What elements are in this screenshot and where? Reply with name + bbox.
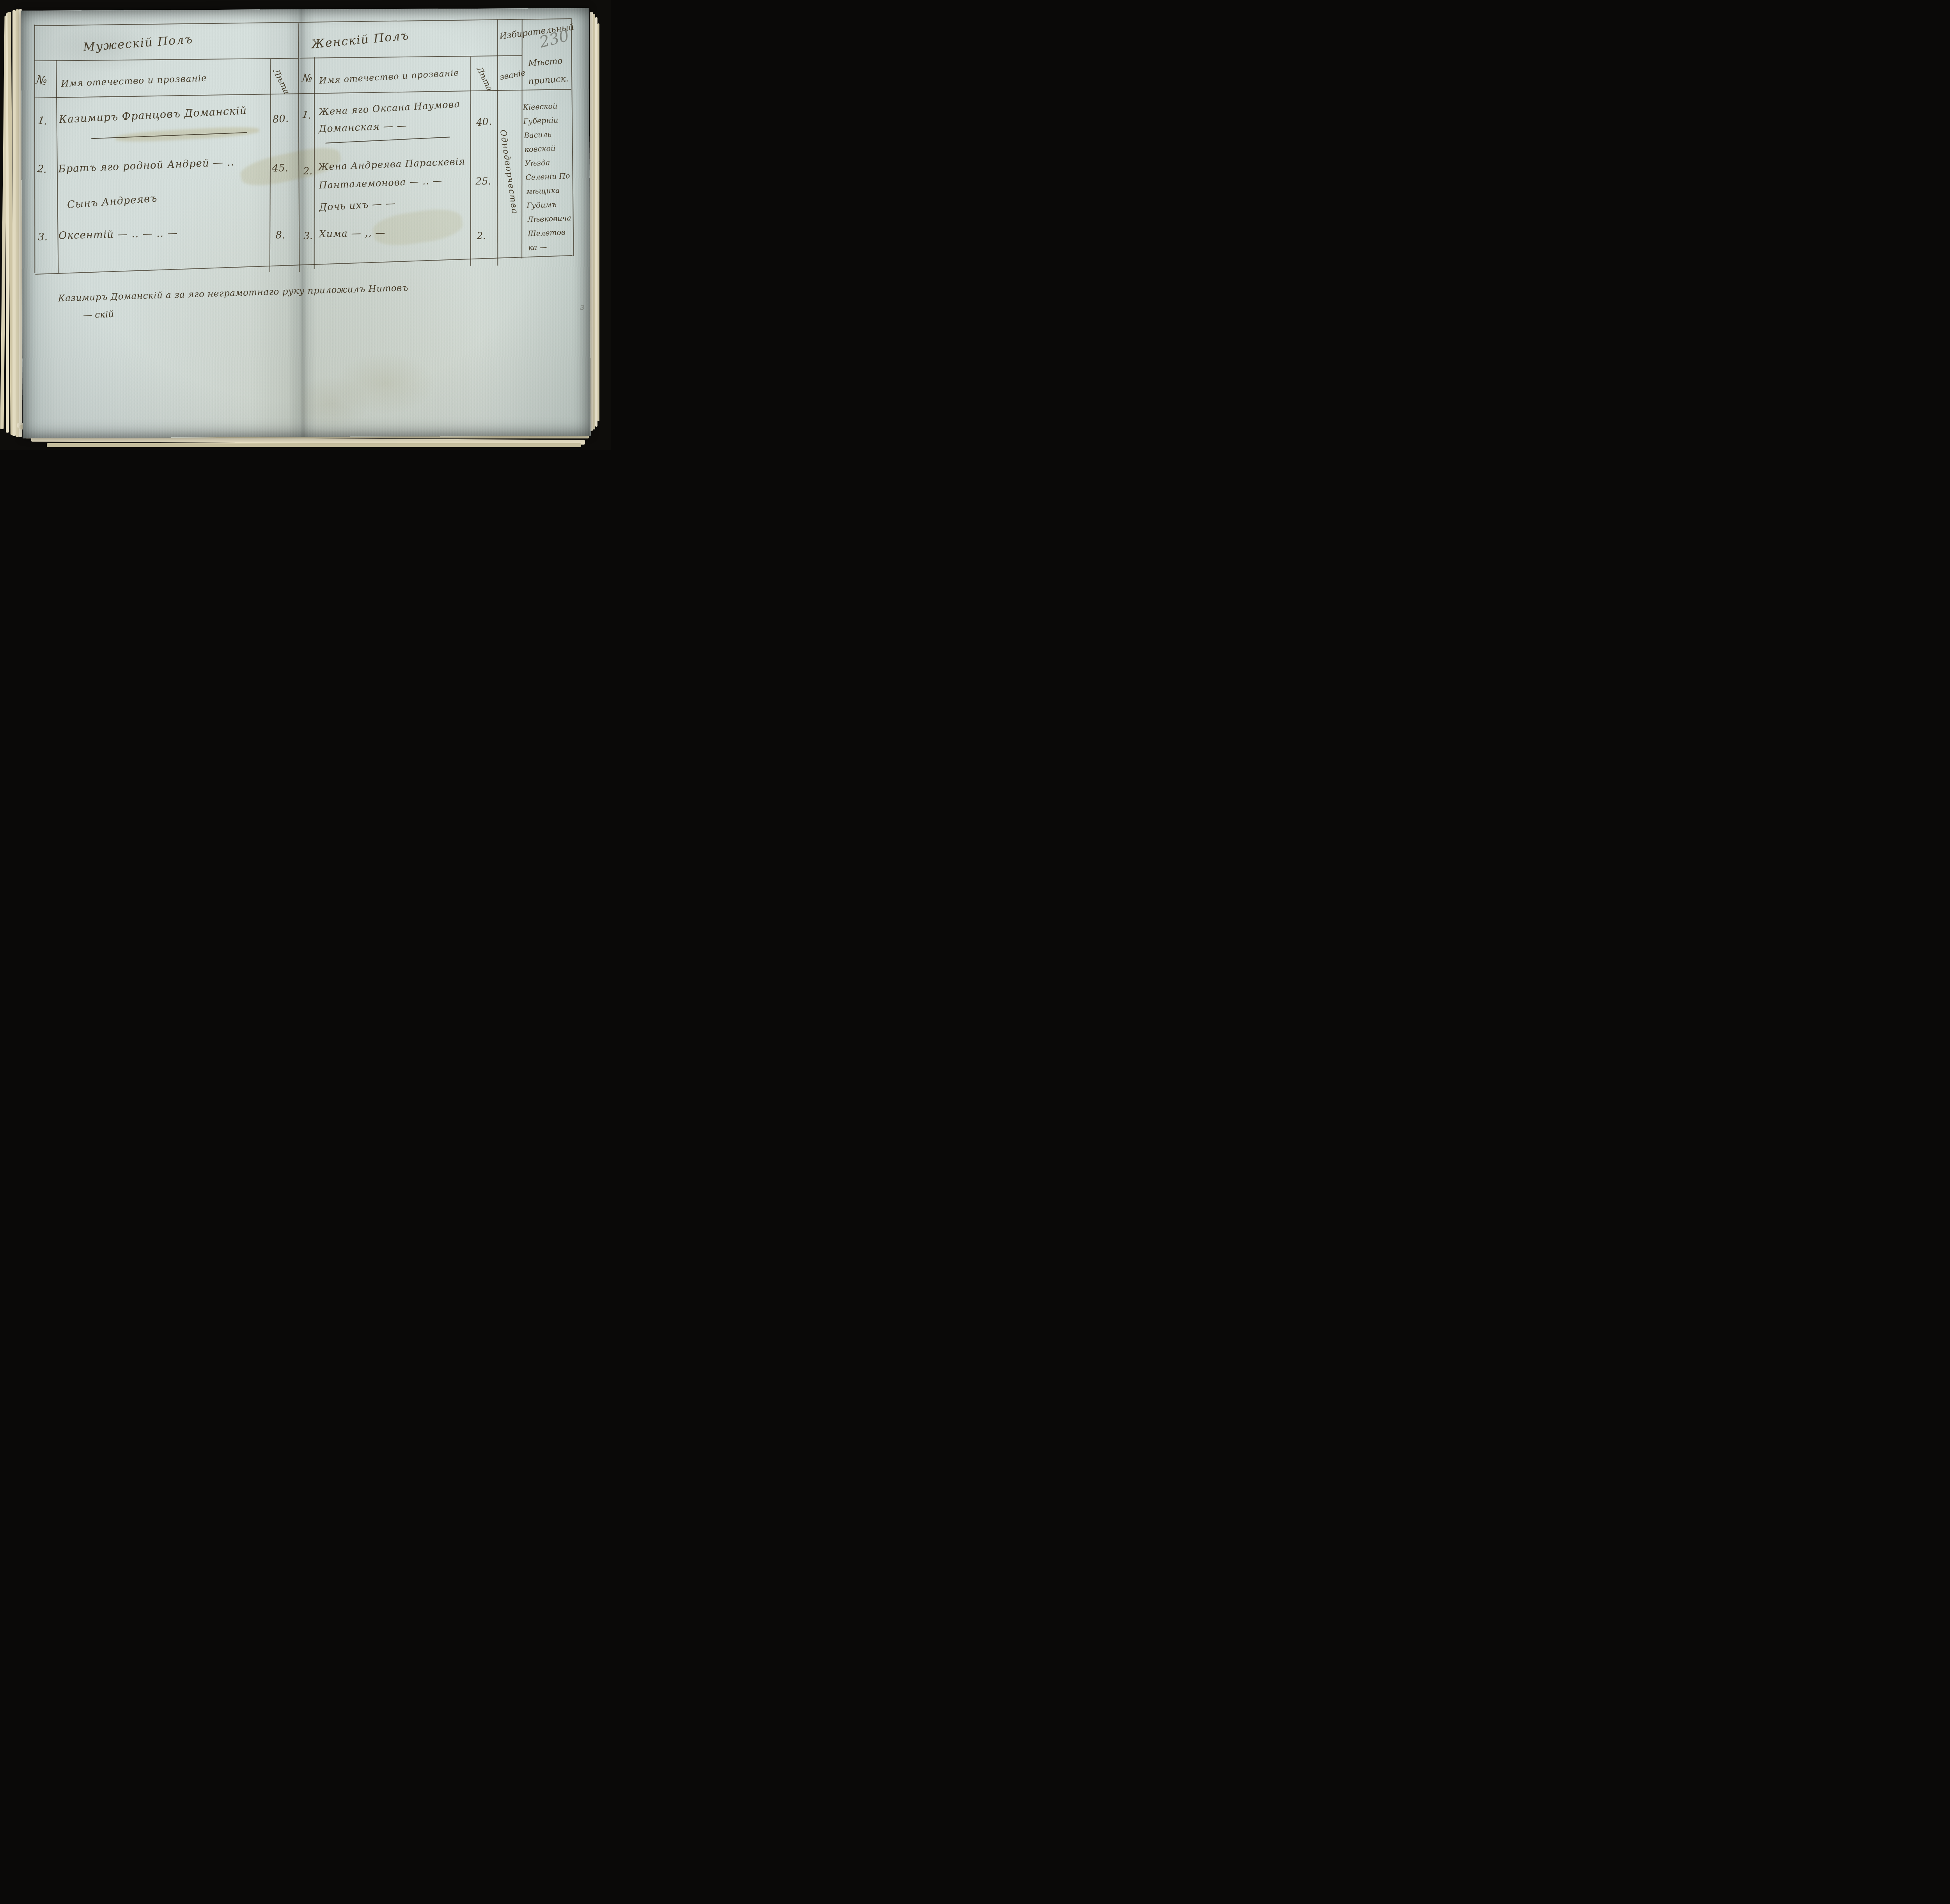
page-edge-strip	[590, 12, 593, 431]
female-row-name: Жена Андреява Параскевія	[318, 156, 466, 173]
female-row-age: 40.	[476, 115, 492, 128]
handwritten-underline	[91, 132, 247, 139]
residence-line: Уѣзда	[525, 155, 571, 171]
female-section-title: Женскій Полъ	[311, 29, 410, 51]
male-col-name: Имя отечество и прозваніе	[61, 73, 207, 89]
female-row-number: 3.	[303, 230, 313, 241]
residence-line: ка —	[528, 239, 574, 255]
manuscript-page: Мужескій Полъ Женскій Полъ Избирательный…	[21, 8, 591, 438]
table-line-header-bottom	[35, 89, 571, 98]
table-line-age-right	[470, 57, 471, 266]
residence-line: Лѣвковича	[527, 211, 573, 227]
handwritten-underline	[325, 137, 450, 143]
female-col-name: Имя отечество и прозваніе	[319, 68, 459, 86]
male-row-number: 3.	[38, 231, 48, 243]
paper-stain	[334, 352, 436, 415]
male-row-age: 80.	[272, 113, 289, 125]
table-border-top	[34, 18, 571, 26]
female-row-name: Хима — ,, —	[319, 227, 386, 240]
residence-line: Василь	[524, 127, 570, 143]
page-edge-strip	[12, 10, 16, 436]
male-row-age: 45.	[272, 162, 288, 174]
table-line-residence-divider	[521, 20, 522, 259]
residence-line: ковской	[524, 141, 571, 157]
residence-line: Кіевской	[523, 99, 569, 115]
female-row-number: 2.	[303, 165, 312, 177]
status-value-vertical: Однодворчества	[493, 94, 525, 250]
table-line-section-right	[300, 55, 522, 59]
residence-line: Селеніи По	[525, 169, 572, 185]
female-row-name: Панталемонова — .. —	[319, 175, 442, 191]
female-row-name: Доманская — —	[318, 120, 407, 135]
table-line-age-left	[269, 59, 271, 272]
table-line-number-right	[314, 57, 315, 269]
male-section-title: Мужескій Полъ	[83, 32, 193, 54]
table-line-status-divider	[497, 20, 498, 266]
residence-col-header-line1: Мѣсто	[528, 56, 563, 68]
table-line-section-left	[34, 58, 298, 61]
male-row-number: 1.	[37, 114, 48, 128]
residence-line: Шелетов	[527, 225, 574, 241]
male-col-number: №	[35, 73, 48, 88]
female-row-age: 2.	[477, 230, 486, 241]
residence-col-header-line2: приписк.	[528, 74, 569, 87]
male-row-name: Казимиръ Францовъ Доманскій	[58, 105, 247, 126]
page-edge-strip	[47, 443, 581, 447]
archival-scan: Мужескій Полъ Женскій Полъ Избирательный…	[0, 0, 611, 450]
attestation-line1: Казимиръ Доманскій а за яго неграмотнаго…	[58, 283, 409, 303]
male-row-name: Оксентій — .. — .. —	[58, 227, 178, 242]
female-row-age: 25.	[475, 176, 491, 187]
male-row-name: Братъ яго родной Андрей — ..	[58, 156, 234, 175]
female-row-name: Жена яго Оксана Наумова	[318, 99, 460, 118]
page-edge-strip	[597, 23, 599, 421]
female-col-number: №	[301, 71, 313, 85]
male-row-name: Сынъ Андреявъ	[67, 193, 158, 211]
paper-stain	[292, 376, 370, 431]
residence-line: Губерніи	[523, 113, 569, 129]
residence-line: мѣщика	[526, 183, 572, 199]
female-row-number: 1.	[301, 109, 312, 121]
residence-entry: Кіевской Губерніи Василь ковской Уѣзда С…	[523, 99, 574, 255]
male-row-age: 8.	[275, 229, 285, 241]
female-col-age: Лѣта	[475, 65, 495, 92]
page-edge-strip	[16, 9, 19, 437]
table-border-bottom	[35, 255, 573, 275]
male-row-number: 2.	[37, 163, 48, 176]
attestation-line2: — скій	[83, 309, 114, 321]
male-col-age: Лѣта	[271, 67, 292, 96]
margin-mark-pencil: з	[580, 302, 585, 312]
female-row-name: Дочь ихъ — —	[319, 197, 396, 213]
table-border-left	[34, 25, 35, 273]
table-line-fold-divider	[298, 23, 300, 272]
residence-line: Гудимъ	[526, 197, 573, 213]
